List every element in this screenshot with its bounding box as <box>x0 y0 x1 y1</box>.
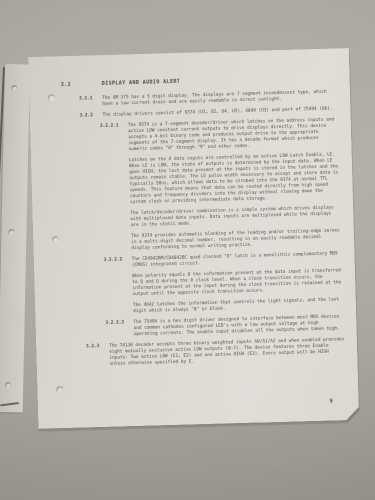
document-page: 3.2 DISPLAY AND AUDIO ALERT 3.2.1The AM … <box>28 48 359 429</box>
section-number: 3.2.2.1 <box>100 123 129 154</box>
section-paragraph: The 9374 provides automatic blanking of … <box>33 228 342 255</box>
heading-title: DISPLAY AND AUDIO ALERT <box>102 79 181 87</box>
punch-hole <box>8 229 14 235</box>
punch-hole <box>5 382 11 388</box>
section-number: 3.2.2.3 <box>105 320 133 339</box>
page-content: 3.2 DISPLAY AND AUDIO ALERT 3.2.1The AM … <box>29 74 346 375</box>
section-number <box>102 211 130 230</box>
punch-hole <box>11 85 17 91</box>
section-number: 3.2.3 <box>86 344 110 369</box>
section-text: The 74138 decoder accepts three binary w… <box>109 337 346 368</box>
section-number <box>103 234 131 253</box>
section-text: When polarity equals 0 the information p… <box>132 268 344 298</box>
section-number <box>101 158 130 207</box>
section-text: The 9374 is a 7-segment decoder/driver w… <box>128 117 340 153</box>
section-paragraph: When polarity equals 0 the information p… <box>34 268 344 301</box>
section-paragraph: 3.2.2.3The 75494 is a hex digit driver d… <box>35 314 344 341</box>
section-heading: 3.2 DISPLAY AND AUDIO ALERT <box>29 74 338 89</box>
section-paragraph: Latches on the 4 data inputs are control… <box>31 152 341 209</box>
section-text: The 75494 is a hex digit driver designed… <box>133 314 344 338</box>
section-text: The display drivers consist of 9374 (U1,… <box>103 106 339 119</box>
section-text: The latch/decoder/driver combination is … <box>130 205 341 229</box>
section-paragraph: 3.2.3The 74138 decoder accepts three bin… <box>36 337 346 370</box>
photo-background: 3.2 DISPLAY AND AUDIO ALERT 3.2.1The AM … <box>0 0 375 500</box>
sections: 3.2.1The AM 375 has a 5 digit display. T… <box>29 89 345 370</box>
section-text: Latches on the 4 data inputs are control… <box>129 152 341 206</box>
section-paragraph: 3.2.2.1The 9374 is a 7-segment decoder/d… <box>30 117 340 156</box>
back-sheet-edge <box>0 64 30 412</box>
section-paragraph: The latch/decoder/driver combination is … <box>32 205 341 232</box>
page-number: 9 <box>330 399 333 405</box>
punch-hole <box>56 386 63 393</box>
section-text: The AM 375 has a 5 digit display. The di… <box>102 89 338 108</box>
section-number: 3.2.2.2 <box>104 257 132 270</box>
section-number <box>104 274 133 299</box>
heading-number: 3.2 <box>61 81 102 88</box>
section-text: The 4042 latches the information that co… <box>133 297 344 315</box>
section-number <box>105 303 133 316</box>
section-number: 3.2.2 <box>80 113 103 120</box>
section-text: The 9374 provides automatic blanking of … <box>131 228 342 252</box>
section-text: The CD4042BM/CD4042BC quad clocked "D" l… <box>132 251 343 269</box>
section-number: 3.2.1 <box>79 96 102 109</box>
